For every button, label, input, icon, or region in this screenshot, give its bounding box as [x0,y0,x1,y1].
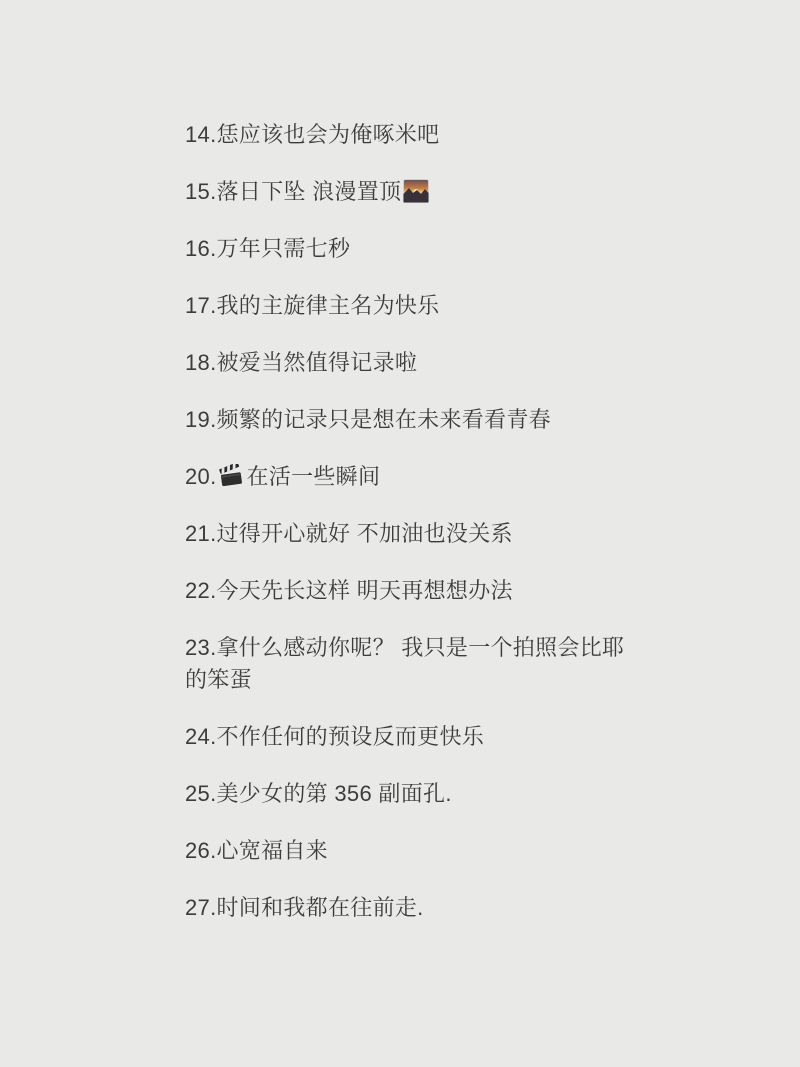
item-text: 16.万年只需七秒 [185,236,350,261]
item-text: 18.被爱当然值得记录啦 [185,350,417,375]
list-item-16: 16.万年只需七秒 [185,233,645,265]
item-text: 17.我的主旋律主名为快乐 [185,293,439,318]
list-item-22: 22.今天先长这样 明天再想想办法 [185,575,645,607]
list-item-21: 21.过得开心就好 不加油也没关系 [185,518,645,550]
item-text: 23.拿什么感动你呢？ 我只是一个拍照会比耶的笨蛋 [185,635,624,692]
list-item-20: 20.在活一些瞬间 [185,461,645,493]
list-item-15: 15.落日下坠 浪漫置顶 [185,176,645,208]
item-text: 20. [185,464,216,489]
page: 14.恁应该也会为俺啄米吧15.落日下坠 浪漫置顶16.万年只需七秒17.我的主… [0,0,800,1067]
list-item-14: 14.恁应该也会为俺啄米吧 [185,119,645,151]
list-item-23: 23.拿什么感动你呢？ 我只是一个拍照会比耶的笨蛋 [185,632,645,696]
item-text: 22.今天先长这样 明天再想想办法 [185,578,513,603]
quote-list: 14.恁应该也会为俺啄米吧15.落日下坠 浪漫置顶16.万年只需七秒17.我的主… [0,0,660,924]
item-text: 15.落日下坠 浪漫置顶 [185,179,401,204]
list-item-27: 27.时间和我都在往前走. [185,892,645,924]
item-text: 19.频繁的记录只是想在未来看看青春 [185,407,551,432]
list-item-24: 24.不作任何的预设反而更快乐 [185,721,645,753]
list-item-19: 19.频繁的记录只是想在未来看看青春 [185,404,645,436]
item-text: 21.过得开心就好 不加油也没关系 [185,521,513,546]
clapper-board-icon [218,464,244,488]
item-text: 25.美少女的第 356 副面孔. [185,781,452,806]
item-text: 27.时间和我都在往前走. [185,895,424,920]
list-item-25: 25.美少女的第 356 副面孔. [185,778,645,810]
item-text: 26.心宽福自来 [185,838,328,863]
sunset-over-mountains-icon [403,179,429,203]
list-item-26: 26.心宽福自来 [185,835,645,867]
item-text: 24.不作任何的预设反而更快乐 [185,724,484,749]
item-text: 14.恁应该也会为俺啄米吧 [185,122,439,147]
list-item-18: 18.被爱当然值得记录啦 [185,347,645,379]
list-item-17: 17.我的主旋律主名为快乐 [185,290,645,322]
item-text: 在活一些瞬间 [246,464,380,489]
